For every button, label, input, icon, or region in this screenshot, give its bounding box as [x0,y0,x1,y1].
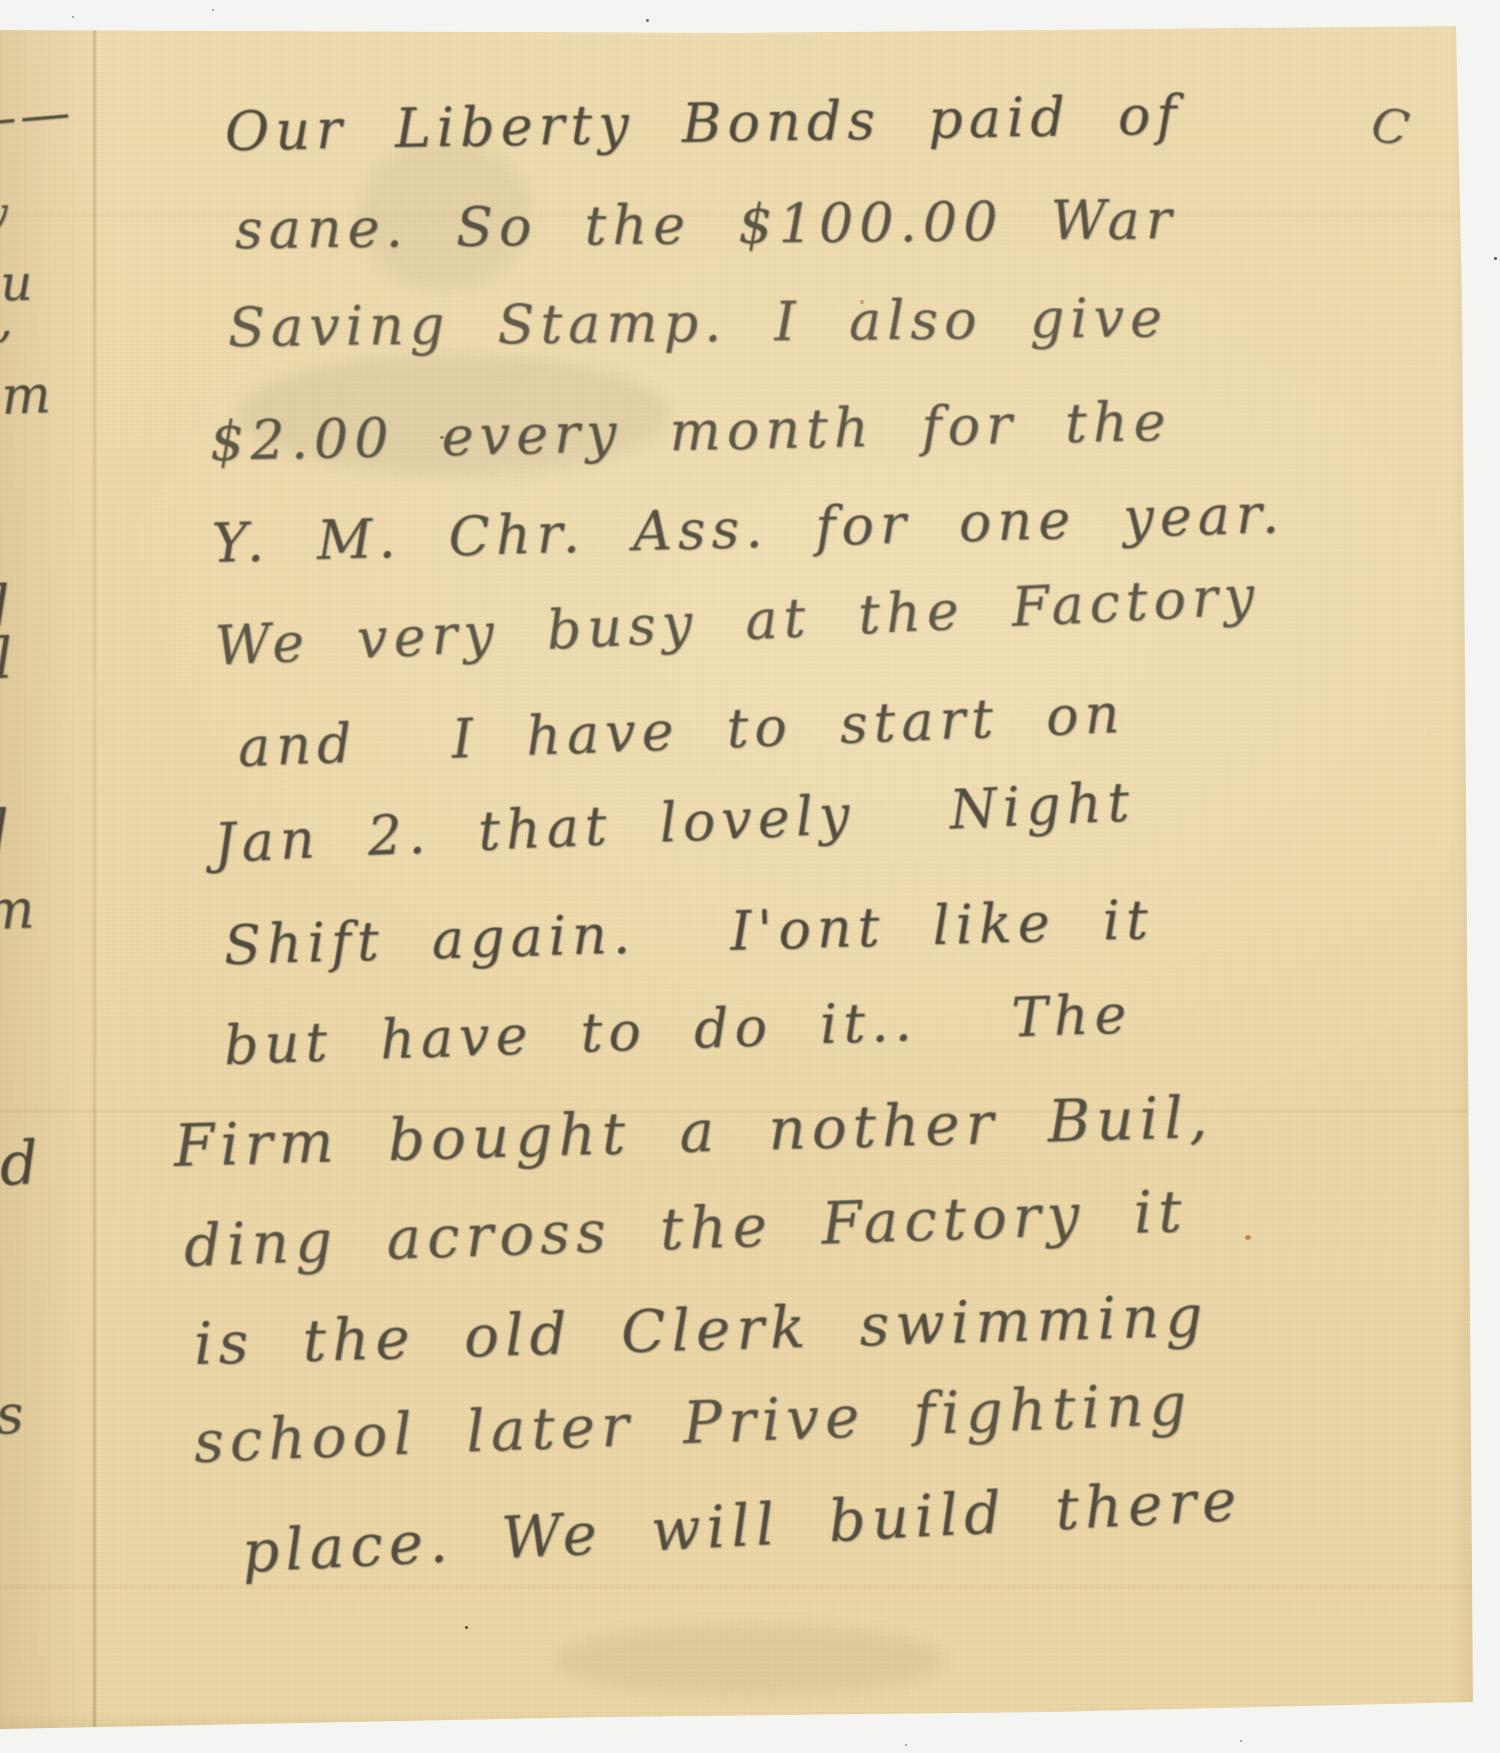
scanner-speck [905,1744,907,1746]
scanner-speck [1494,257,1497,260]
letter-page: Our Liberty Bonds paid of sane. So the $… [0,0,1500,1753]
left-page-fragment: ts [0,1382,29,1448]
left-page-fragment: ad [0,1128,44,1202]
left-page-fragment: tl [0,626,18,693]
handwriting-line-8: Jan 2. that lovely Night [213,770,1137,875]
scanner-speck [1240,1740,1242,1742]
right-edge-stroke: C [1367,96,1417,158]
handwriting-line-1: Our Liberty Bonds paid of [224,83,1183,163]
left-page-fragment: lm [0,877,40,943]
handwriting-line-2: sane. So the $100.00 War [235,188,1178,261]
handwriting-line-5: Y. M. Chr. Ass. for one year. [211,482,1286,575]
scanned-letter: Our Liberty Bonds paid of sane. So the $… [0,0,1500,1753]
handwriting-line-7: and I have to start on [237,682,1127,779]
handwriting-line-10: but have to do it.. The [223,982,1133,1077]
vertical-fold-crease [93,0,96,1753]
paper-edge-shadow [1452,0,1478,1753]
scanner-speck [646,19,649,22]
handwriting-line-6: We very busy at the Factory [213,564,1261,678]
paper-speck [440,436,444,439]
left-page-fragment: ym [0,365,56,428]
horizontal-crease [0,1586,1500,1588]
show-through-smudge [555,1625,945,1695]
handwriting-line-12: ding across the Factory it [183,1177,1189,1280]
scanner-speck [212,9,214,11]
left-page-fragment: d [0,797,14,866]
paper-speck [860,300,864,304]
paper-stain [1245,1235,1251,1240]
left-page-fragment: w, [0,292,18,350]
paper-speck [465,1626,468,1629]
handwriting-line-9: Shift again. I'ont like it [223,888,1154,977]
handwriting-line-3: Saving Stamp. I also give [228,286,1169,359]
handwriting-line-14: school later Prive fighting [193,1370,1194,1476]
scanner-speck [72,16,74,18]
paper-edge-shadow [0,1713,1500,1735]
handwriting-line-11: Firm bought a nother Buil, [173,1083,1214,1180]
handwriting-line-13: is the old Clerk swimming [193,1282,1209,1378]
handwriting-line-15: place. We will build there [240,1466,1244,1586]
